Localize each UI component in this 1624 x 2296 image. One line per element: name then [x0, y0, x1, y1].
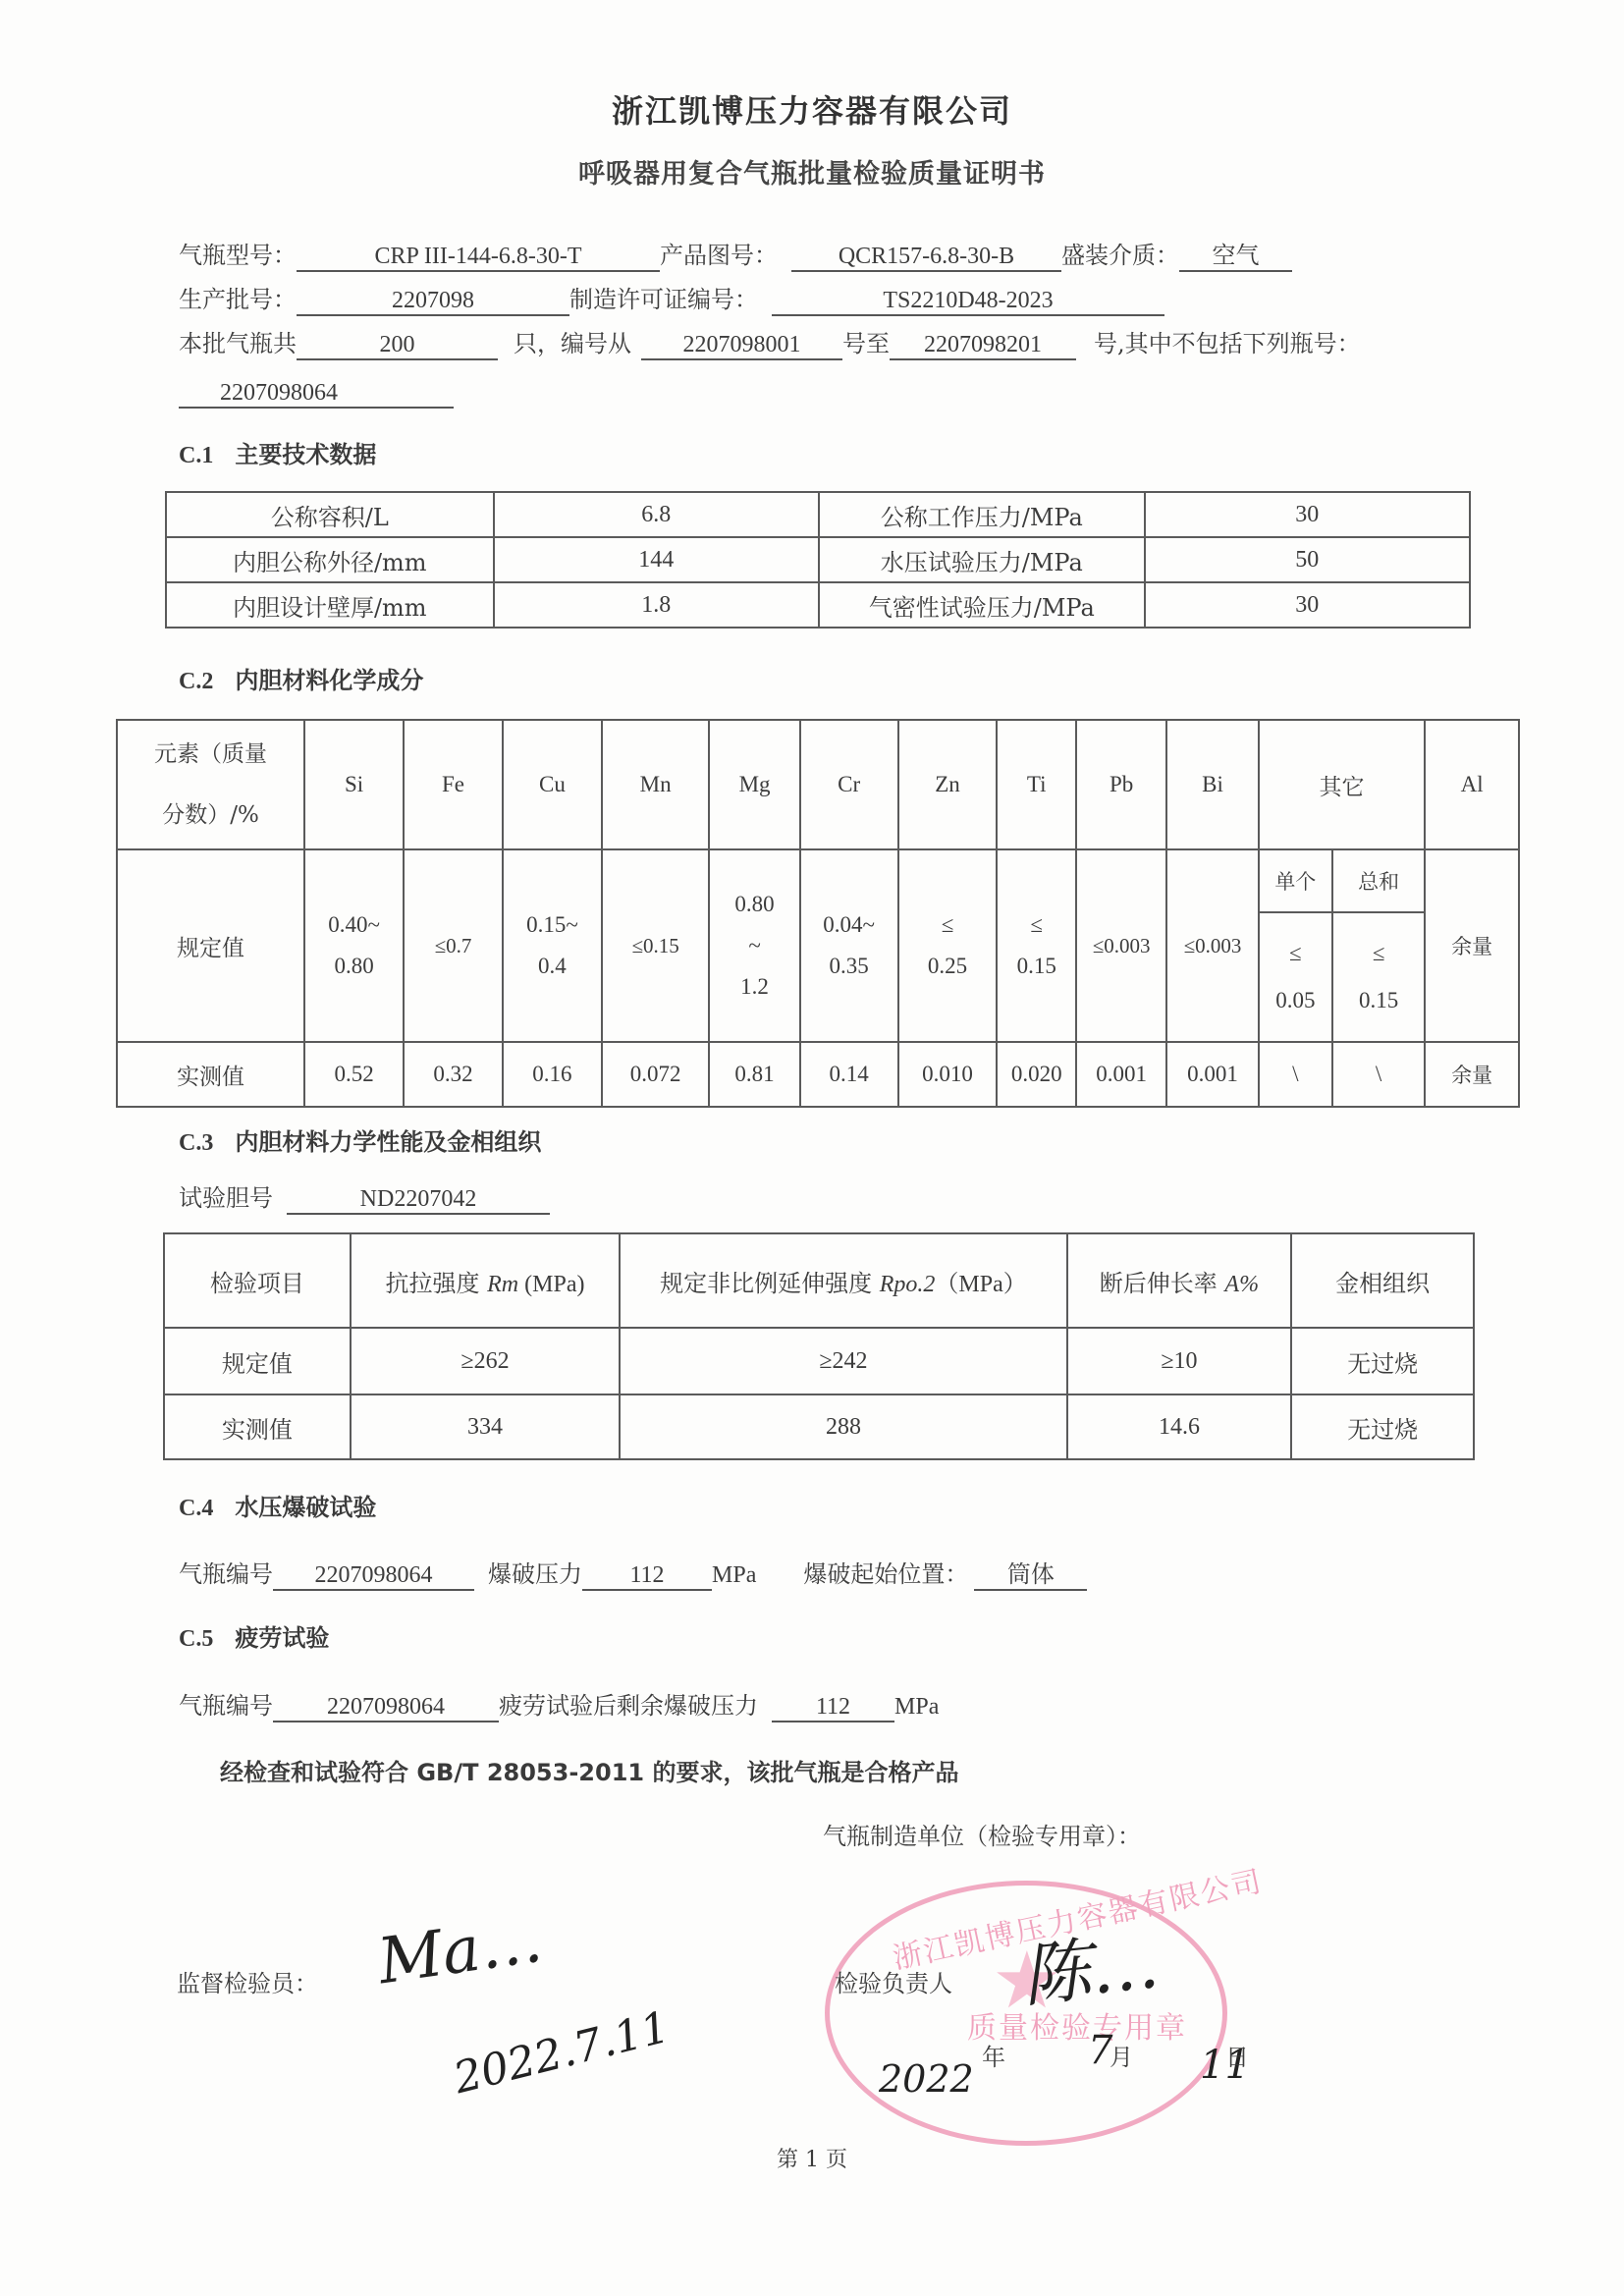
param-label: 公称工作压力/MPa — [819, 492, 1145, 537]
measured-cr: 0.14 — [800, 1042, 898, 1107]
element-al: Al — [1425, 720, 1519, 849]
specimen-value: ND2207042 — [287, 1185, 550, 1215]
spec-rp: ≥242 — [620, 1328, 1066, 1394]
supervisor-signature: Ma… — [374, 1904, 547, 1999]
date-year-value: 2022 — [879, 2057, 974, 2101]
serial-from-value: 2207098001 — [641, 331, 842, 360]
technical-data-table: 公称容积/L 6.8 公称工作压力/MPa 30 内胆公称外径/mm 144 水… — [165, 491, 1471, 629]
info-line-4: 2207098064 — [179, 378, 454, 409]
measured-fe: 0.32 — [404, 1042, 503, 1107]
param-value: 30 — [1145, 582, 1470, 628]
param-label: 内胆设计壁厚/mm — [166, 582, 494, 628]
info-line-2: 生产批号：2207098制造许可证编号：TS2210D48-2023 — [179, 280, 1164, 316]
burst-cyl-label: 气瓶编号 — [179, 1560, 273, 1588]
spec-metallo: 无过烧 — [1291, 1328, 1474, 1394]
measured-other-total: \ — [1332, 1042, 1425, 1107]
element-mn: Mn — [602, 720, 710, 849]
spec-label: 规定值 — [117, 849, 304, 1042]
manufacturer-label: 气瓶制造单位（检验专用章）： — [823, 1817, 1141, 1851]
page-number: 第 1 页 — [0, 2143, 1624, 2173]
measured-mn: 0.072 — [602, 1042, 710, 1107]
table-row: 公称容积/L 6.8 公称工作压力/MPa 30 — [166, 492, 1470, 537]
document-title: 呼吸器用复合气瓶批量检验质量证明书 — [0, 152, 1624, 191]
supervisor-label: 监督检验员： — [177, 1964, 318, 1998]
fatigue-cyl-label: 气瓶编号 — [179, 1692, 273, 1720]
count-value: 200 — [297, 331, 498, 360]
measured-al: 余量 — [1425, 1042, 1519, 1107]
fatigue-residual-value: 112 — [772, 1693, 894, 1722]
date-month-label: 月 — [1110, 2038, 1133, 2072]
excluded-value: 2207098064 — [179, 379, 454, 409]
measured-rm: 334 — [351, 1394, 621, 1459]
spec-ti: ≤0.15 — [997, 849, 1076, 1042]
spec-cr: 0.04~0.35 — [800, 849, 898, 1042]
param-label: 气密性试验压力/MPa — [819, 582, 1145, 628]
measured-cu: 0.16 — [503, 1042, 602, 1107]
element-fe: Fe — [404, 720, 503, 849]
spec-si: 0.40~0.80 — [304, 849, 404, 1042]
drawing-no-value: QCR157-6.8-30-B — [791, 243, 1061, 272]
spec-pb: ≤0.003 — [1076, 849, 1166, 1042]
table-row: 规定值 ≥262 ≥242 ≥10 无过烧 — [164, 1328, 1474, 1394]
element-ti: Ti — [997, 720, 1076, 849]
excluded-label: 号,其中不包括下列瓶号： — [1094, 330, 1361, 357]
header-item: 检验项目 — [164, 1233, 351, 1328]
specimen-label: 试验胆号 — [179, 1184, 273, 1212]
license-label: 制造许可证编号： — [569, 286, 758, 313]
count-prefix: 本批气瓶共 — [179, 330, 297, 357]
license-no-value: TS2210D48-2023 — [772, 287, 1164, 316]
fatigue-unit: MPa — [894, 1694, 939, 1720]
info-line-1: 气瓶型号：CRP III-144-6.8-30-T产品图号：QCR157-6.8… — [179, 236, 1292, 272]
row-label: 实测值 — [164, 1394, 351, 1459]
burst-origin-value: 筒体 — [974, 1561, 1087, 1591]
header-tensile-strength: 抗拉强度 Rm (MPa) — [351, 1233, 621, 1328]
element-cu: Cu — [503, 720, 602, 849]
section-c3-heading: C.3内胆材料力学性能及金相组织 — [179, 1122, 541, 1157]
other-single-label: 单个 — [1259, 849, 1332, 912]
header-metallography: 金相组织 — [1291, 1233, 1474, 1328]
spec-other-total: ≤0.15 — [1332, 912, 1425, 1042]
element-cr: Cr — [800, 720, 898, 849]
batch-no-label: 生产批号： — [179, 286, 297, 313]
spec-cu: 0.15~0.4 — [503, 849, 602, 1042]
burst-origin-label: 爆破起始位置： — [803, 1560, 968, 1588]
medium-label: 盛装介质： — [1061, 242, 1179, 269]
measured-rp: 288 — [620, 1394, 1066, 1459]
fatigue-test-line: 气瓶编号2207098064疲劳试验后剩余爆破压力112MPa — [179, 1686, 939, 1722]
measured-a: 14.6 — [1067, 1394, 1292, 1459]
measured-bi: 0.001 — [1166, 1042, 1258, 1107]
serial-to-label: 号至 — [842, 330, 890, 357]
row-label: 规定值 — [164, 1328, 351, 1394]
measured-si: 0.52 — [304, 1042, 404, 1107]
header-yield-strength: 规定非比例延伸强度 Rpo.2（MPa） — [620, 1233, 1066, 1328]
measured-zn: 0.010 — [898, 1042, 998, 1107]
burst-pressure-value: 112 — [582, 1561, 712, 1591]
serial-to-value: 2207098201 — [890, 331, 1076, 360]
specimen-line: 试验胆号ND2207042 — [179, 1178, 550, 1215]
element-pb: Pb — [1076, 720, 1166, 849]
param-value: 1.8 — [494, 582, 819, 628]
element-si: Si — [304, 720, 404, 849]
table-row: 内胆设计壁厚/mm 1.8 气密性试验压力/MPa 30 — [166, 582, 1470, 628]
measured-other-single: \ — [1259, 1042, 1332, 1107]
measured-ti: 0.020 — [997, 1042, 1076, 1107]
burst-pressure-label: 爆破压力 — [488, 1560, 582, 1588]
measured-metallo: 无过烧 — [1291, 1394, 1474, 1459]
table-row: 内胆公称外径/mm 144 水压试验压力/MPa 50 — [166, 537, 1470, 582]
mechanical-properties-table: 检验项目 抗拉强度 Rm (MPa) 规定非比例延伸强度 Rpo.2（MPa） … — [163, 1232, 1475, 1460]
spec-a: ≥10 — [1067, 1328, 1292, 1394]
element-mg: Mg — [709, 720, 799, 849]
fatigue-residual-label: 疲劳试验后剩余爆破压力 — [499, 1692, 758, 1720]
param-value: 144 — [494, 537, 819, 582]
element-header-label: 元素（质量分数）/% — [117, 720, 304, 849]
fatigue-cyl-value: 2207098064 — [273, 1693, 499, 1722]
spec-mg: 0.80~1.2 — [709, 849, 799, 1042]
section-c5-heading: C.5疲劳试验 — [179, 1618, 329, 1653]
header-elongation: 断后伸长率 A% — [1067, 1233, 1292, 1328]
conclusion-statement: 经检查和试验符合 GB/T 28053-2011 的要求，该批气瓶是合格产品 — [220, 1753, 958, 1787]
element-other: 其它 — [1259, 720, 1426, 849]
table-row: 实测值 334 288 14.6 无过烧 — [164, 1394, 1474, 1459]
table-header-row: 检验项目 抗拉强度 Rm (MPa) 规定非比例延伸强度 Rpo.2（MPa） … — [164, 1233, 1474, 1328]
section-c2-heading: C.2内胆材料化学成分 — [179, 661, 423, 695]
serial-from-label: 只，编号从 — [514, 330, 631, 357]
spec-mn: ≤0.15 — [602, 849, 710, 1042]
date-year-label: 年 — [982, 2038, 1005, 2072]
spec-row-top: 规定值 0.40~0.80 ≤0.7 0.15~0.4 ≤0.15 0.80~1… — [117, 849, 1519, 912]
spec-fe: ≤0.7 — [404, 849, 503, 1042]
section-c4-heading: C.4水压爆破试验 — [179, 1488, 376, 1522]
section-c1-heading: C.1主要技术数据 — [179, 435, 376, 469]
measured-row: 实测值 0.52 0.32 0.16 0.072 0.81 0.14 0.010… — [117, 1042, 1519, 1107]
batch-no-value: 2207098 — [297, 287, 569, 316]
other-total-label: 总和 — [1332, 849, 1425, 912]
spec-al: 余量 — [1425, 849, 1519, 1042]
chemical-composition-table: 元素（质量分数）/% Si Fe Cu Mn Mg Cr Zn Ti Pb Bi… — [116, 719, 1520, 1108]
drawing-no-label: 产品图号： — [660, 242, 778, 269]
param-label: 水压试验压力/MPa — [819, 537, 1145, 582]
supervisor-date: 2022.7.11 — [449, 2002, 675, 2105]
element-header-row: 元素（质量分数）/% Si Fe Cu Mn Mg Cr Zn Ti Pb Bi… — [117, 720, 1519, 849]
company-name: 浙江凯博压力容器有限公司 — [0, 86, 1624, 132]
param-value: 30 — [1145, 492, 1470, 537]
info-line-3: 本批气瓶共200只，编号从2207098001号至2207098201号,其中不… — [179, 324, 1361, 360]
date-day-label: 日 — [1225, 2038, 1249, 2072]
burst-cyl-value: 2207098064 — [273, 1561, 474, 1591]
param-value: 6.8 — [494, 492, 819, 537]
spec-other-single: ≤0.05 — [1259, 912, 1332, 1042]
burst-unit: MPa — [712, 1562, 756, 1588]
element-zn: Zn — [898, 720, 998, 849]
param-label: 公称容积/L — [166, 492, 494, 537]
inspector-label: 检验负责人 — [835, 1964, 952, 1998]
burst-test-line: 气瓶编号2207098064爆破压力112MPa爆破起始位置：筒体 — [179, 1555, 1087, 1591]
cylinder-model-value: CRP III-144-6.8-30-T — [297, 243, 660, 272]
spec-zn: ≤0.25 — [898, 849, 998, 1042]
spec-rm: ≥262 — [351, 1328, 621, 1394]
measured-label: 实测值 — [117, 1042, 304, 1107]
param-value: 50 — [1145, 537, 1470, 582]
medium-value: 空气 — [1179, 243, 1292, 272]
measured-mg: 0.81 — [709, 1042, 799, 1107]
measured-pb: 0.001 — [1076, 1042, 1166, 1107]
cylinder-model-label: 气瓶型号： — [179, 242, 297, 269]
inspector-signature: 陈… — [1016, 1908, 1164, 2021]
element-bi: Bi — [1166, 720, 1258, 849]
param-label: 内胆公称外径/mm — [166, 537, 494, 582]
spec-bi: ≤0.003 — [1166, 849, 1258, 1042]
